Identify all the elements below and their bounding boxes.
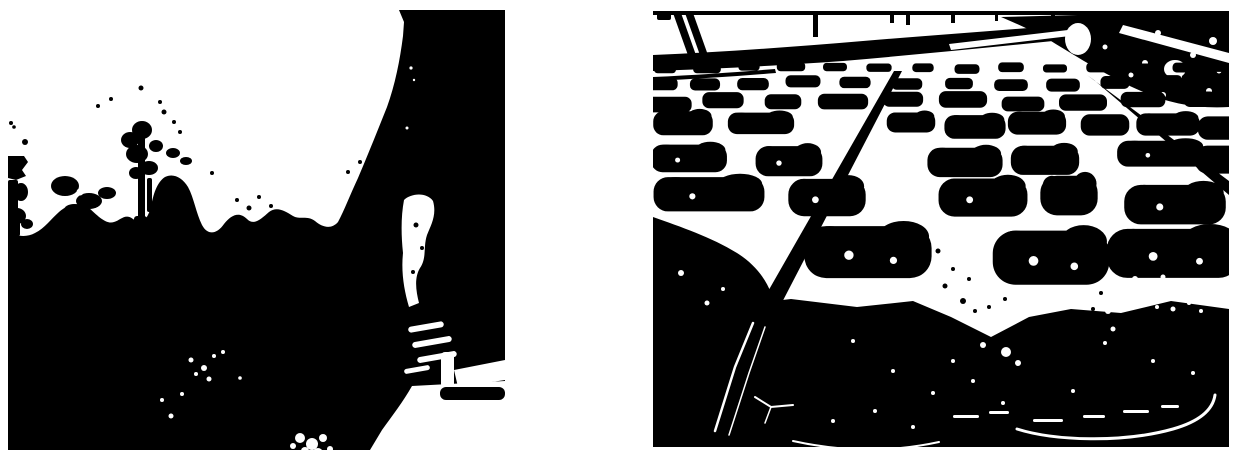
white-dash <box>1083 415 1105 418</box>
tray-blob-lump <box>1060 225 1107 257</box>
tray-blob-hole <box>675 158 680 163</box>
mass-lace <box>1155 30 1161 36</box>
sky-specks <box>210 171 214 175</box>
bottom-white-cluster <box>290 443 296 449</box>
tray-blob <box>693 64 721 73</box>
tray-blob-lump <box>1010 112 1029 124</box>
tray-blob-lump <box>1112 229 1154 254</box>
white-dash <box>1123 410 1149 413</box>
tray-blob-lump <box>1050 143 1077 160</box>
tray-blob-hole <box>890 257 897 264</box>
edge-blob <box>14 183 28 201</box>
lace-patch <box>1187 301 1191 305</box>
tray-blob <box>738 62 759 70</box>
walkway-specks <box>1091 307 1095 311</box>
mass-white-blobs <box>1103 341 1107 345</box>
sky-specks <box>96 104 100 108</box>
tray-blob <box>1197 77 1225 88</box>
tray-blob <box>912 63 933 72</box>
tray-blob-hole <box>1196 258 1203 265</box>
tray-blob-lump <box>889 112 905 122</box>
sky-specks <box>178 130 182 134</box>
mass-specks <box>238 376 242 380</box>
edge-blob <box>21 219 33 229</box>
tray-blob-lump <box>1014 146 1036 161</box>
streak-specks <box>411 270 415 274</box>
mass-speckles <box>951 359 955 363</box>
tree-branch <box>147 178 152 212</box>
sky-specks <box>368 181 372 185</box>
mass-white-blobs <box>1015 360 1021 366</box>
sky-specks <box>139 86 144 91</box>
sky-blob <box>166 148 180 158</box>
sky-specks <box>158 100 162 104</box>
tray-blob <box>702 92 743 108</box>
mass-lace <box>1190 52 1196 58</box>
mass-specks <box>180 392 184 396</box>
corner-specks <box>678 270 684 276</box>
tree-trunk <box>138 136 145 230</box>
tray-blob <box>1198 116 1229 139</box>
mass-lace <box>1129 73 1134 78</box>
white-dash <box>953 415 979 418</box>
sky-specks <box>235 198 239 202</box>
hanging-tick <box>890 15 894 23</box>
mass-speckles <box>851 339 855 343</box>
mass-white-blobs <box>1105 308 1111 314</box>
tray-blob-lump <box>658 177 693 195</box>
tray-blob <box>737 78 769 90</box>
mass-speckles <box>1071 389 1075 393</box>
tray-blob-hole <box>1071 263 1079 271</box>
edge-dots <box>22 139 28 145</box>
lace-patch <box>1171 307 1176 312</box>
tray-blob-lump <box>688 109 712 123</box>
sky-specks <box>358 160 362 164</box>
bottom-mass <box>653 299 1229 447</box>
corner-specks <box>705 301 710 306</box>
tray-blob <box>1184 92 1217 107</box>
tray-blob <box>994 79 1028 91</box>
edge-blob <box>8 156 28 180</box>
mass-white-blobs <box>1111 327 1116 332</box>
tray-blob-lump <box>980 113 1004 127</box>
column-specks <box>413 79 415 81</box>
tray-blob-lump <box>794 143 821 161</box>
tray-blob-lump <box>942 179 970 199</box>
tray-blob-hole <box>1156 203 1163 210</box>
tray-blob <box>955 64 980 74</box>
walkway-specks <box>1099 291 1103 295</box>
white-dash <box>1033 419 1063 422</box>
bottom-white-cluster <box>295 433 305 443</box>
sky-blob <box>180 157 192 165</box>
mass-speckles <box>831 419 835 423</box>
tray-blob-lump <box>1074 172 1097 196</box>
mass-lace <box>1209 37 1217 45</box>
mass-speckles <box>891 369 895 373</box>
mass-speckles <box>1001 401 1005 405</box>
mass-white-blobs <box>1001 347 1011 357</box>
tray-blob-lump <box>1121 141 1149 154</box>
lace-patch <box>1139 301 1144 306</box>
foreground-mass <box>8 10 505 450</box>
tray-blob <box>1208 62 1225 72</box>
walkway-specks <box>987 305 991 309</box>
white-dash <box>1161 405 1179 408</box>
tray-blob <box>786 75 821 87</box>
tray-blob-lump <box>997 231 1034 259</box>
mass-speckles <box>931 391 935 395</box>
tray-blob <box>945 78 973 89</box>
tray-blob-lump <box>930 148 954 163</box>
walkway-specks <box>951 267 955 271</box>
edge-dots <box>12 125 16 129</box>
walkway-specks <box>936 249 941 254</box>
lace-patch <box>1147 287 1152 292</box>
tray-blob-lump <box>731 113 752 124</box>
tray-blob-hole <box>844 251 853 260</box>
hanging-tick <box>951 15 955 23</box>
walkway-specks <box>967 277 971 281</box>
lace-patch <box>1161 275 1166 280</box>
left-binary-image <box>8 10 505 450</box>
mass-specks <box>160 398 164 402</box>
tray-blob <box>1173 63 1198 73</box>
hanging-tick <box>995 15 998 21</box>
tray-blob-lump <box>1128 185 1160 206</box>
tray-blob <box>839 77 870 88</box>
mass-specks <box>221 350 225 354</box>
bottom-white-cluster <box>319 434 327 442</box>
dark-sill <box>440 387 505 400</box>
top-border-corner <box>657 11 671 20</box>
tray-blob <box>1059 94 1107 110</box>
mass-specks <box>194 372 198 376</box>
edge-dots <box>9 121 13 125</box>
tray-blob <box>1086 63 1111 73</box>
sky-specks <box>162 110 167 115</box>
mass-specks <box>189 358 194 363</box>
tray-blob <box>866 64 891 72</box>
tray-blob-lump <box>990 175 1026 198</box>
sky-specks <box>247 206 252 211</box>
white-arch <box>1065 23 1091 55</box>
tray-blob-lump <box>947 115 967 127</box>
walkway-specks <box>960 298 966 304</box>
mass-speckles <box>873 409 877 413</box>
tray-blob-lump <box>695 142 725 159</box>
tray-blob <box>939 91 987 108</box>
tray-blob <box>1130 63 1157 73</box>
bush-blob <box>64 204 84 216</box>
tray-blob <box>1121 92 1166 107</box>
column-specks <box>406 127 409 130</box>
tray-blob-lump <box>971 145 1001 163</box>
right-binary-image <box>653 11 1229 447</box>
tray-blob <box>653 97 692 113</box>
sky-specks <box>109 97 113 101</box>
walkway-specks <box>1003 297 1007 301</box>
lace-patch <box>1174 288 1180 294</box>
tray-blob-lump <box>718 174 762 195</box>
tray-blob-hole <box>776 160 781 165</box>
tray-blob-lump <box>791 179 816 198</box>
lace-patch <box>1189 279 1193 283</box>
corner-specks <box>721 287 725 291</box>
hanging-post <box>813 15 818 37</box>
mass-white-blobs <box>980 342 986 348</box>
tray-blob-lump <box>878 221 929 252</box>
sky-specks <box>346 170 350 174</box>
tray-blob-hole <box>1029 256 1039 266</box>
tray-blob <box>777 62 805 71</box>
tree-foot <box>134 216 147 228</box>
tray-blob-hole <box>812 196 819 203</box>
mass-speckles <box>1191 371 1195 375</box>
tray-blob-hole <box>1149 252 1158 261</box>
tray-blob <box>1002 97 1045 112</box>
bush-blob <box>51 176 79 196</box>
tray-blob-lump <box>656 111 675 123</box>
streak-specks <box>420 246 424 250</box>
tray-blob-lump <box>1173 111 1198 124</box>
tree-crown <box>149 140 163 152</box>
mass-specks <box>169 414 174 419</box>
tray-blob-hole <box>689 193 695 199</box>
binary-image-pair <box>0 0 1239 463</box>
tray-blob <box>1046 79 1080 92</box>
tray-blob <box>690 78 720 90</box>
mass-speckles <box>971 379 975 383</box>
streak-specks <box>414 223 419 228</box>
lace-patch <box>1201 293 1206 298</box>
white-bar <box>441 352 454 388</box>
tray-blob <box>653 78 678 91</box>
tray-blob <box>1100 76 1129 89</box>
mass-specks <box>201 365 207 371</box>
tray-blob-hole <box>966 196 973 203</box>
walkway-specks <box>973 309 977 313</box>
lace-patch <box>1199 309 1203 313</box>
tray-blob <box>998 62 1024 72</box>
white-dash <box>989 411 1009 414</box>
tray-blob-lump <box>1042 109 1065 123</box>
tray-blob <box>818 94 868 110</box>
tray-blob-hole <box>1146 153 1151 158</box>
mass-specks <box>212 354 216 358</box>
mass-speckles <box>1151 359 1155 363</box>
tray-blob <box>823 63 847 71</box>
tray-blob <box>765 94 802 109</box>
sky-specks <box>269 204 273 208</box>
lace-patch <box>1132 276 1138 282</box>
tray-blob-lump <box>1043 176 1061 197</box>
mass-lace <box>1103 45 1108 50</box>
tray-blob <box>1152 75 1183 88</box>
walkway-specks <box>943 284 948 289</box>
bush-hole <box>77 189 84 196</box>
bush-blob <box>98 187 116 199</box>
tray-blob <box>654 65 676 74</box>
sky-specks <box>172 120 176 124</box>
tray-blob-lump <box>766 110 793 123</box>
tray-blob <box>1081 114 1130 135</box>
tray-blob <box>1043 64 1067 72</box>
lace-patch <box>1155 305 1159 309</box>
sky-specks <box>257 195 261 199</box>
column-specks <box>409 66 412 69</box>
mass-specks <box>207 377 212 382</box>
tray-blob-lump <box>654 145 678 159</box>
hanging-tick <box>906 15 910 25</box>
tray-blob-lump <box>758 146 779 162</box>
tray-blob-lump <box>915 110 934 122</box>
mass-speckles <box>911 425 915 429</box>
